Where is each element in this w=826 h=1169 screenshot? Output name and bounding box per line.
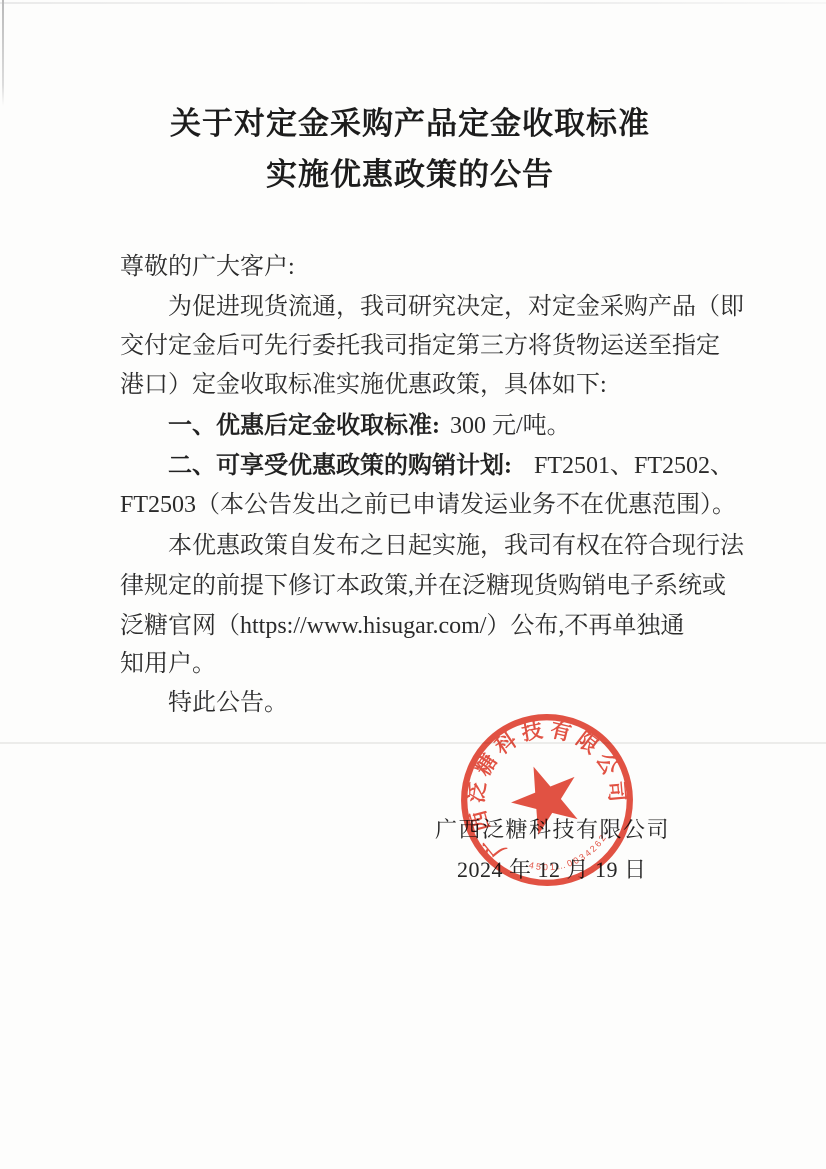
paragraph1-line3: 港口）定金收取标准实施优惠政策，具体如下: (120, 370, 760, 400)
paragraph2-line2: 律规定的前提下修订本政策,并在泛糖现货购销电子系统或 (120, 571, 760, 601)
item1-line: 一、优惠后定金收取标准:300 元/吨。 (120, 411, 760, 441)
scan-artifact-top-edge (0, 2, 826, 4)
closing-line: 特此公告。 (120, 688, 760, 718)
signature-date: 2024 年 12 月 19 日 (457, 853, 647, 884)
item1-value: 300 元/吨。 (450, 413, 571, 439)
item2-line: 二、可享受优惠政策的购销计划:FT2501、FT2502、 (120, 451, 760, 481)
item2-continuation: FT2503（本公告发出之前已申请发运业务不在优惠范围）。 (120, 490, 760, 520)
title-line-1: 关于对定金采购产品定金收取标准 (60, 98, 760, 143)
paragraph1-line1: 为促进现货流通，我司研究决定，对定金采购产品（即 (120, 292, 760, 322)
item1-label: 一、优惠后定金收取标准: (168, 413, 440, 439)
item2-value: FT2501、FT2502、 (534, 453, 734, 479)
paragraph2-line3: 泛糖官网（https://www.hisugar.com/）公布,不再单独通 (120, 611, 760, 641)
paragraph1-line2: 交付定金后可先行委托我司指定第三方将货物运送至指定 (120, 331, 760, 361)
scan-artifact-left-edge (2, 0, 4, 106)
scan-artifact-fold-line (0, 742, 826, 744)
scanned-announcement-page: 关于对定金采购产品定金收取标准 实施优惠政策的公告 尊敬的广大客户: 为促进现货… (0, 0, 826, 1169)
title-line-2: 实施优惠政策的公告 (60, 149, 760, 194)
paragraph2-line4: 知用户。 (120, 649, 760, 679)
salutation: 尊敬的广大客户: (120, 252, 760, 282)
paragraph2-line1: 本优惠政策自发布之日起实施，我司有权在符合现行法 (120, 531, 760, 561)
signature-company-name: 广西泛糖科技有限公司 (435, 813, 670, 844)
item2-label: 二、可享受优惠政策的购销计划: (168, 453, 512, 479)
